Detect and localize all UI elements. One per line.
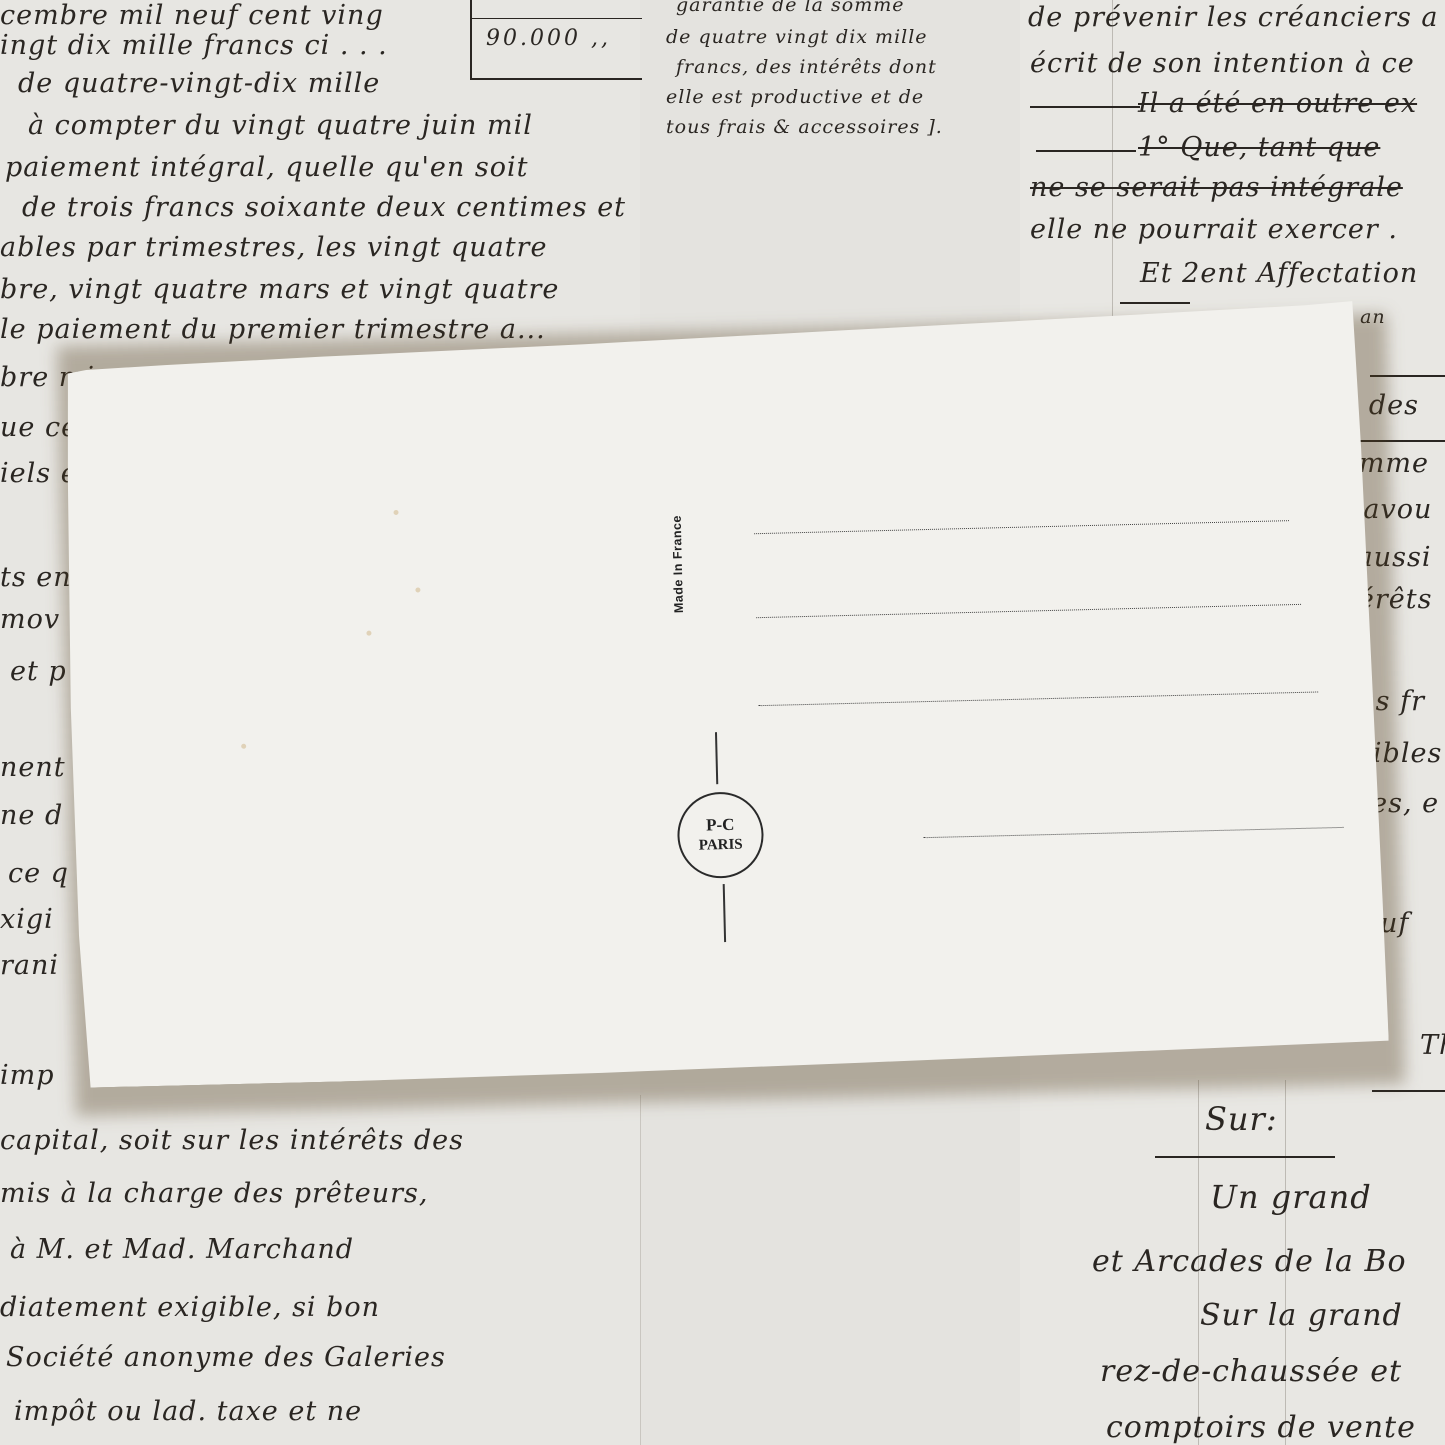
publisher-logo: P-C PARIS: [676, 791, 764, 879]
handwritten-line: comptoirs de vente: [1106, 1410, 1416, 1445]
handwritten-fragment: nent: [0, 752, 66, 783]
handwritten-line: diatement exigible, si bon: [0, 1292, 380, 1323]
handwritten-line: Et 2ent Affectation: [1140, 258, 1418, 289]
center-divider-bottom: [723, 884, 726, 942]
handwritten-line: francs, des intérêts dont: [676, 56, 937, 78]
handwritten-line-struck: Il a été en outre ex: [1138, 88, 1417, 119]
handwritten-fragment: mov: [0, 604, 60, 635]
handwritten-line: elle ne pourrait exercer .: [1030, 214, 1398, 245]
address-line-4: [924, 827, 1344, 838]
handwritten-line: à compter du vingt quatre juin mil: [28, 110, 533, 141]
handwritten-line: garantie de la somme: [676, 0, 905, 16]
foxing-spot: [393, 510, 398, 515]
handwritten-fragment: imp: [0, 1060, 55, 1091]
handwritten-line: cembre mil neuf cent ving: [0, 0, 384, 31]
handwritten-line: tous frais & accessoires ].: [666, 116, 943, 138]
foxing-spot: [366, 631, 371, 636]
handwritten-line: de trois francs soixante deux centimes e…: [22, 192, 626, 223]
handwritten-line: de quatre-vingt-dix mille: [18, 68, 380, 99]
handwritten-fragment: ne d: [0, 800, 63, 831]
handwritten-line: bre, vingt quatre mars et vingt quatre: [0, 274, 559, 305]
handwritten-line: capital, soit sur les intérêts des: [0, 1125, 464, 1156]
logo-text-pc: P-C: [706, 815, 735, 836]
handwritten-line: et Arcades de la Bo: [1092, 1244, 1407, 1279]
handwritten-line: de prévenir les créanciers a: [1028, 2, 1438, 33]
underline: [1155, 1156, 1335, 1158]
handwritten-fragment: et p: [10, 656, 67, 687]
underline: [1372, 1090, 1445, 1092]
center-divider-top: [715, 732, 718, 784]
amount-value: 90.000 ,,: [486, 26, 611, 51]
handwritten-line: ingt dix mille francs ci . . .: [0, 30, 388, 61]
handwritten-line: paiement intégral, quelle qu'en soit: [5, 152, 528, 183]
handwritten-line: ables par trimestres, les vingt quatre: [0, 232, 547, 263]
handwritten-line: écrit de son intention à ce: [1030, 48, 1415, 79]
handwritten-line: impôt ou lad. taxe et ne: [14, 1396, 362, 1427]
handwritten-line: à M. et Mad. Marchand: [10, 1234, 354, 1265]
address-line-1: [754, 520, 1289, 534]
made-in-france-label: Made In France: [670, 515, 686, 613]
underline: [1120, 302, 1190, 304]
handwritten-line: de quatre vingt dix mille: [666, 26, 928, 48]
handwritten-fragment: ts en: [0, 562, 72, 593]
foxing-spot: [415, 587, 420, 592]
handwritten-line: Un grand: [1210, 1178, 1372, 1216]
address-line-2: [756, 604, 1301, 618]
handwritten-fragment: Th: [1420, 1030, 1445, 1061]
handwritten-fragment: ce q: [8, 858, 69, 889]
postcard: Made In France P-C PARIS: [59, 296, 1389, 1088]
handwritten-line: Société anonyme des Galeries: [6, 1342, 446, 1373]
logo-text-paris: PARIS: [699, 835, 743, 856]
handwritten-line-struck: ne se serait pas intégrale: [1030, 172, 1403, 203]
strike-bar: [1030, 106, 1140, 108]
handwritten-heading: Sur:: [1205, 1100, 1278, 1138]
handwritten-line: Sur la grand: [1200, 1298, 1403, 1333]
handwritten-line: rez-de-chaussée et: [1100, 1354, 1402, 1389]
handwritten-fragment: xigi: [0, 904, 54, 935]
handwritten-line: mis à la charge des prêteurs,: [0, 1178, 428, 1209]
strike-bar: [1036, 150, 1136, 152]
handwritten-fragment: rani: [0, 950, 59, 981]
address-line-3: [758, 691, 1318, 706]
foxing-spot: [241, 744, 246, 749]
handwritten-line-struck: 1° Que, tant que: [1138, 132, 1380, 163]
sheet-seam: [640, 1095, 641, 1445]
handwritten-line: elle est productive et de: [666, 86, 924, 108]
